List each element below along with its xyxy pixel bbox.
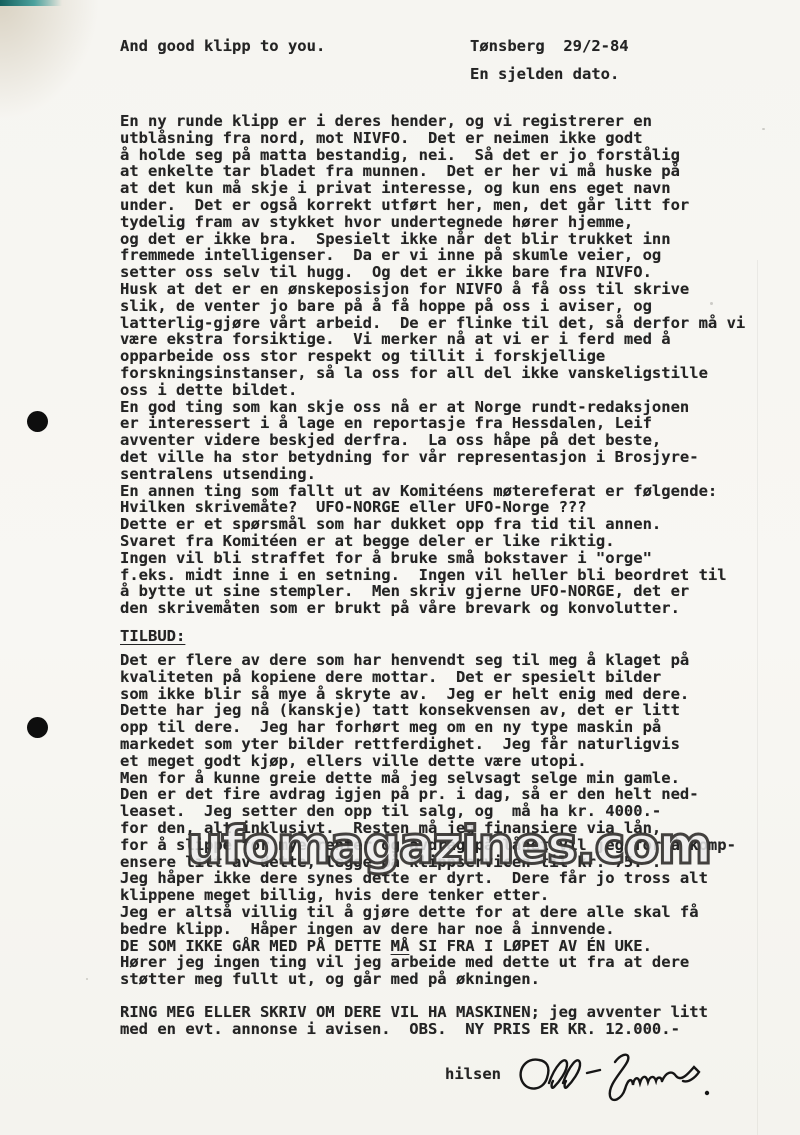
scan-corner-smudge bbox=[0, 0, 100, 120]
text-line: oss i dette bildet. bbox=[120, 382, 745, 399]
punch-hole-bottom bbox=[27, 717, 48, 738]
text-line: fremmede intelligenser. Da er vi inne på… bbox=[120, 247, 745, 264]
text-line: f.eks. midt inne i en setning. Ingen vil… bbox=[120, 567, 745, 584]
text-line: støtter meg fullt ut, og går med på økni… bbox=[120, 971, 736, 988]
scan-corner-strip bbox=[0, 0, 62, 6]
text-line: Dette har jeg nå (kanskje) tatt konsekve… bbox=[120, 702, 736, 719]
text-line: setter oss selv til hugg. Og det er ikke… bbox=[120, 264, 745, 281]
scanned-letter-page: And good klipp to you. Tønsberg 29/2-84 … bbox=[0, 0, 800, 1135]
text-line: RING MEG ELLER SKRIV OM DERE VIL HA MASK… bbox=[120, 1004, 708, 1021]
text-line: DE SOM IKKE GÅR MED PÅ DETTE MÅ SI FRA I… bbox=[120, 938, 736, 955]
text-line: det ville ha stor betydning for vår repr… bbox=[120, 449, 745, 466]
text-line: den skrivemåten som er brukt på våre bre… bbox=[120, 600, 745, 617]
text-line: som ikke blir så mye å skryte av. Jeg er… bbox=[120, 686, 736, 703]
text-line: med en evt. annonse i avisen. OBS. NY PR… bbox=[120, 1021, 708, 1038]
text-line: Dette er et spørsmål som har dukket opp … bbox=[120, 516, 745, 533]
text-line: En ny runde klipp er i deres hender, og … bbox=[120, 113, 745, 130]
tilbud-heading: TILBUD: bbox=[120, 628, 185, 645]
date-note-line: En sjelden dato. bbox=[470, 66, 619, 83]
text-line: Hører jeg ingen ting vil jeg arbeide med… bbox=[120, 954, 736, 971]
text-line: tydelig fram av stykket hvor undertegned… bbox=[120, 214, 745, 231]
text-line: være ekstra forsiktige. Vi merker nå at … bbox=[120, 331, 745, 348]
handwritten-signature bbox=[515, 1048, 725, 1108]
text-line: et meget godt kjøp, ellers ville dette v… bbox=[120, 753, 736, 770]
text-line: Men for å kunne greie dette må jeg selvs… bbox=[120, 770, 736, 787]
scan-speck bbox=[86, 978, 88, 980]
text-line: klippene meget billig, hvis dere tenker … bbox=[120, 887, 736, 904]
text-line: å holde seg på matta bestandig, nei. Så … bbox=[120, 147, 745, 164]
text-line: En annen ting som fallt ut av Komitéens … bbox=[120, 483, 745, 500]
text-line: En god ting som kan skje oss nå er at No… bbox=[120, 399, 745, 416]
tilbud-heading-text: TILBUD: bbox=[120, 627, 185, 645]
text-line: forskningsinstanser, så la oss for all d… bbox=[120, 365, 745, 382]
underlined-word: MÅ bbox=[391, 937, 410, 955]
text-line: Husk at det er en ønskeposisjon for NIVF… bbox=[120, 281, 745, 298]
text-line: bedre klipp. Håper ingen av dere har noe… bbox=[120, 921, 736, 938]
text-line: å bytte ut sine stempler. Men skriv gjer… bbox=[120, 583, 745, 600]
text-line: latterlig-gjøre vårt arbeid. De er flink… bbox=[120, 315, 745, 332]
text-line: Det er flere av dere som har henvendt se… bbox=[120, 652, 736, 669]
text-line: kvaliteten på kopiene dere mottar. Det e… bbox=[120, 669, 736, 686]
text-line: er interessert i å lage en reportasje fr… bbox=[120, 415, 745, 432]
text-line: slik, de venter jo bare på å få hoppe på… bbox=[120, 298, 745, 315]
punch-hole-top bbox=[27, 411, 48, 432]
paragraph-block-1: En ny runde klipp er i deres hender, og … bbox=[120, 113, 745, 617]
text-line: sentralens utsending. bbox=[120, 466, 745, 483]
text-line: opp til dere. Jeg har forhørt meg om en … bbox=[120, 719, 736, 736]
closing-block: RING MEG ELLER SKRIV OM DERE VIL HA MASK… bbox=[120, 1004, 708, 1038]
greeting-line: And good klipp to you. bbox=[120, 38, 325, 55]
text-line: avventer videre beskjed derfra. La oss h… bbox=[120, 432, 745, 449]
text-line: at enkelte tar bladet fra munnen. Det er… bbox=[120, 163, 745, 180]
text-line: utblåsning fra nord, mot NIVFO. Det er n… bbox=[120, 130, 745, 147]
place-date-line: Tønsberg 29/2-84 bbox=[470, 38, 629, 55]
scan-speck bbox=[762, 128, 765, 130]
text-line: Svaret fra Komitéen er at begge deler er… bbox=[120, 533, 745, 550]
text-line: opparbeide oss stor respekt og tillit i … bbox=[120, 348, 745, 365]
text-line: Jeg er altså villig til å gjøre dette fo… bbox=[120, 904, 736, 921]
text-line: og det er ikke bra. Spesielt ikke når de… bbox=[120, 231, 745, 248]
text-line: markedet som yter bilder rettferdighet. … bbox=[120, 736, 736, 753]
text-line: Den er det fire avdrag igjen på pr. i da… bbox=[120, 786, 736, 803]
text-line: Hvilken skrivemåte? UFO-NORGE eller UFO-… bbox=[120, 499, 745, 516]
text-line: Ingen vil bli straffet for å bruke små b… bbox=[120, 550, 745, 567]
signoff-word: hilsen bbox=[445, 1066, 501, 1083]
text-line: under. Det er også korrekt utført her, m… bbox=[120, 197, 745, 214]
text-line: at det kun må skje i privat interesse, o… bbox=[120, 180, 745, 197]
paper-crease bbox=[757, 260, 758, 1135]
watermark-text: ufomagazines.com bbox=[186, 816, 711, 876]
